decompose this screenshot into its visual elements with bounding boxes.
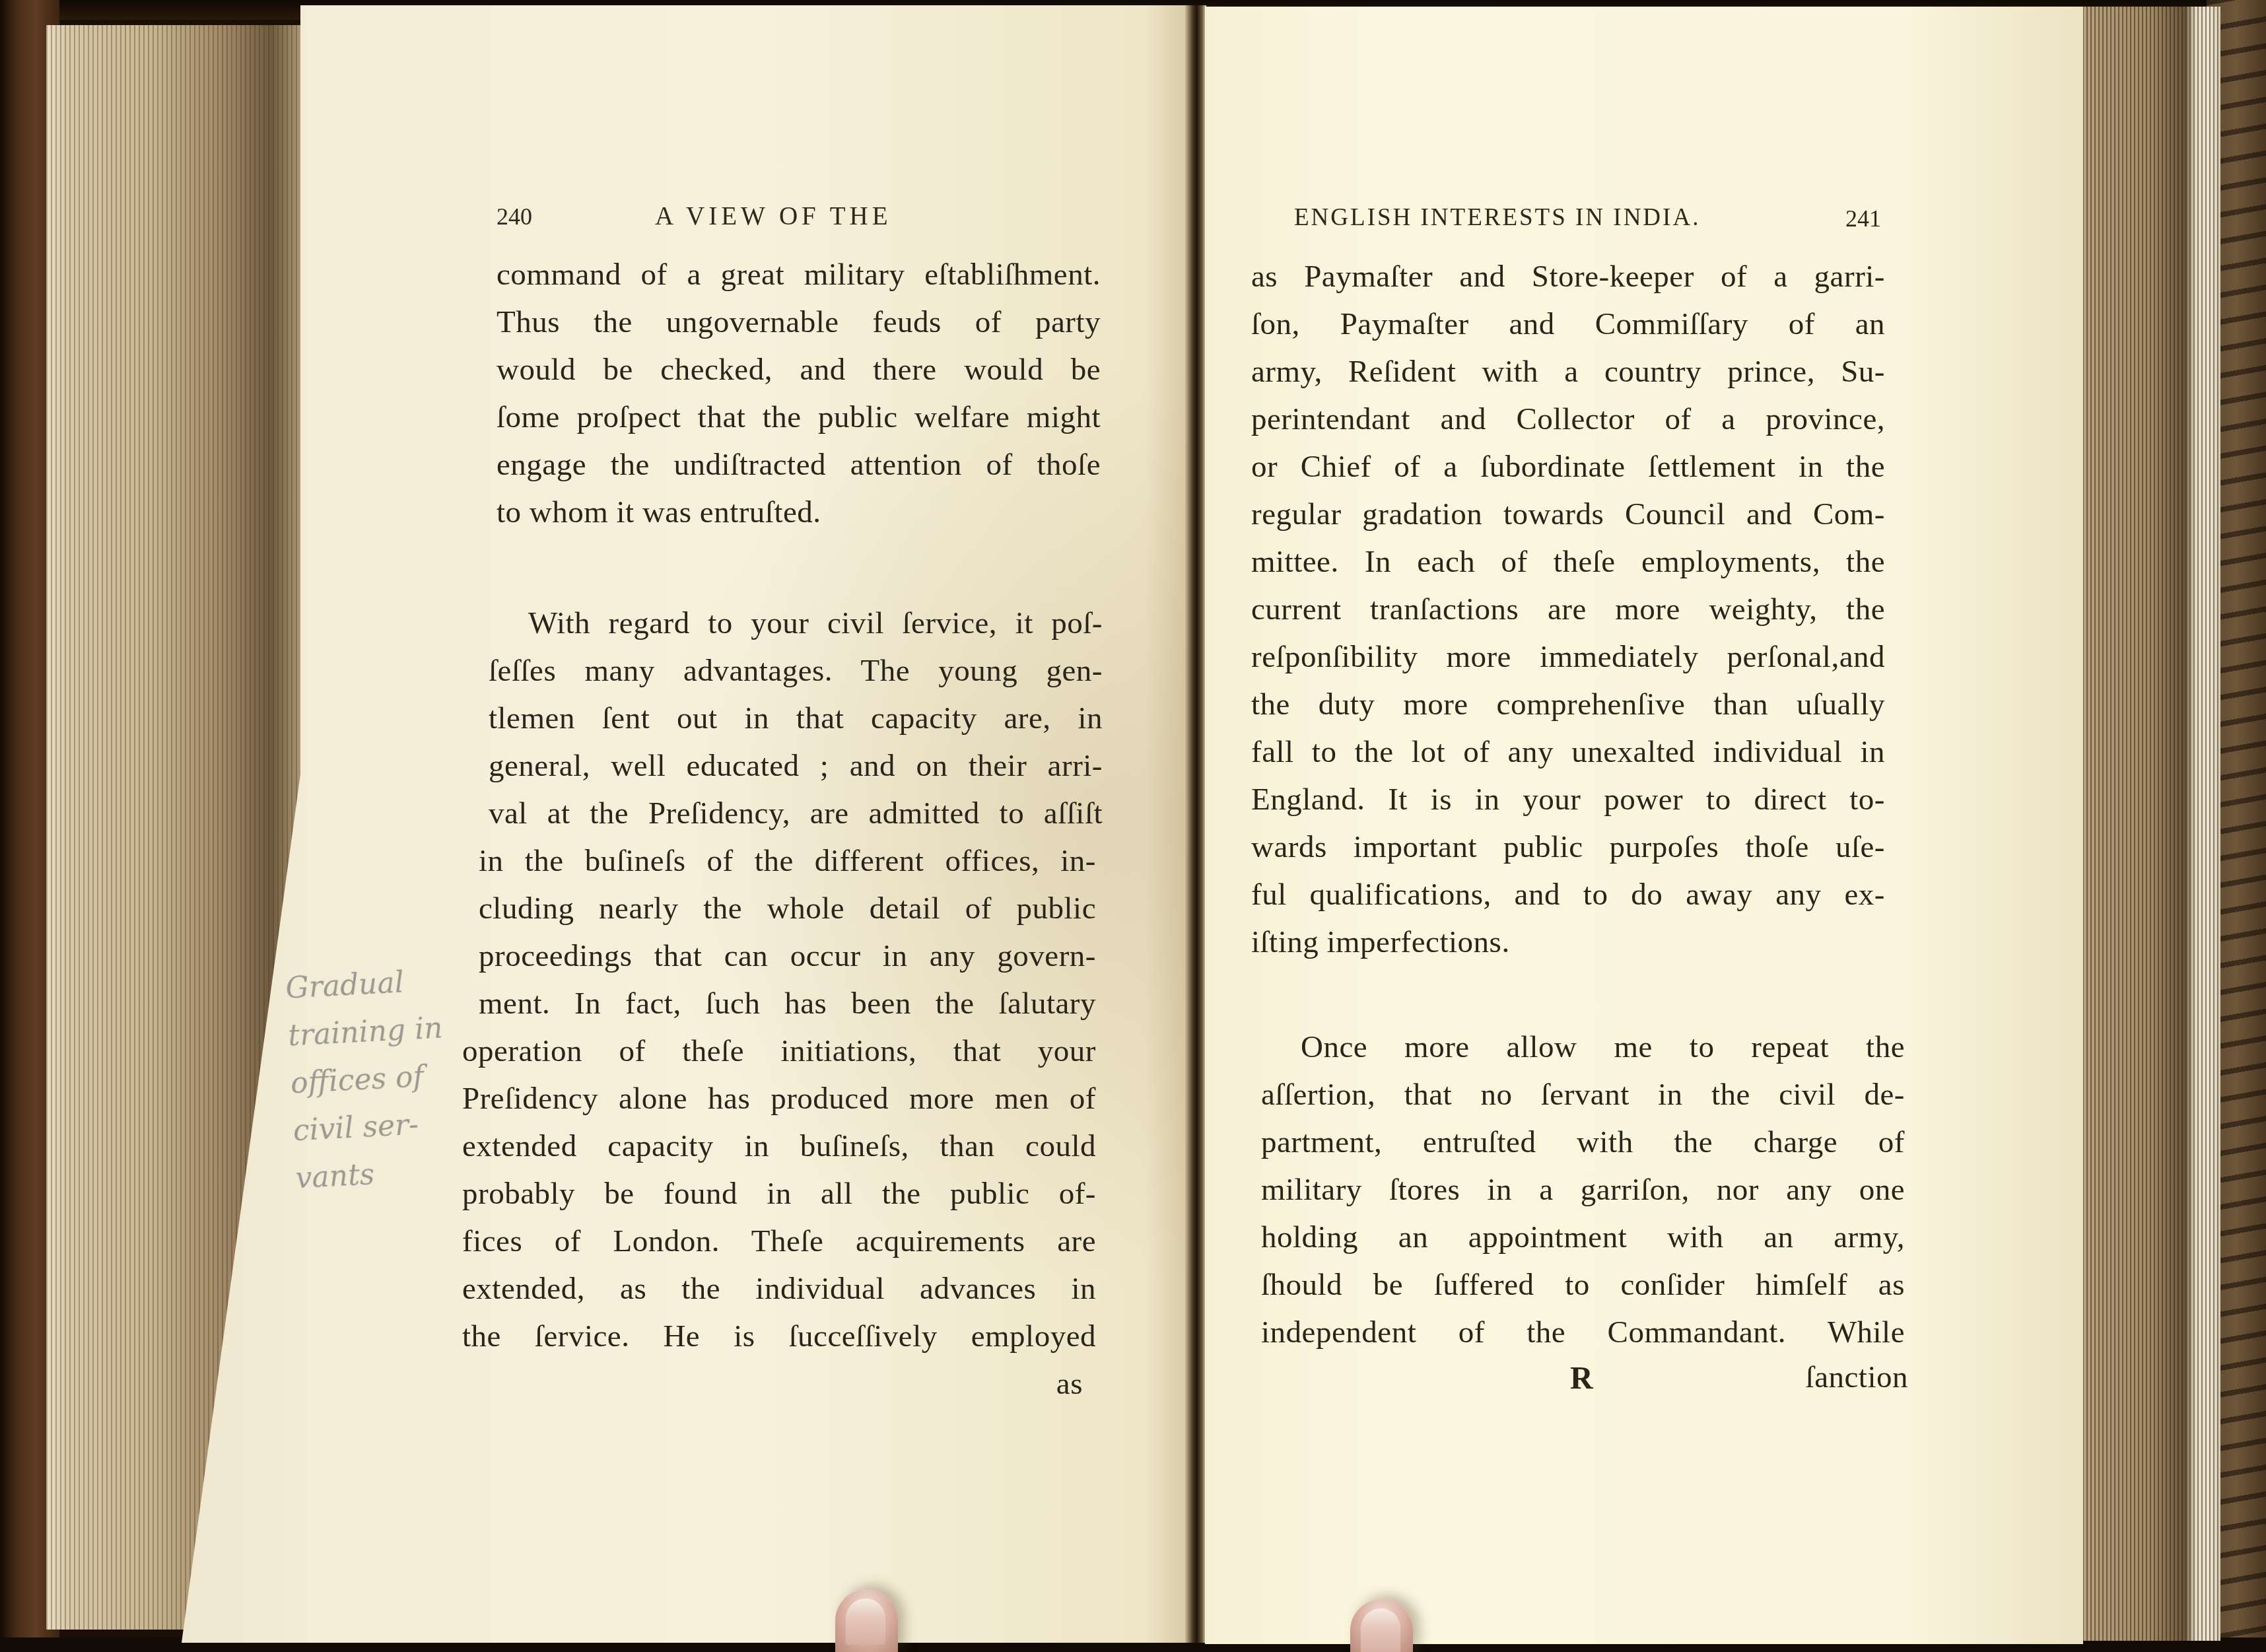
text-line: or Chief of a ſubordinate ſettlement in …	[1251, 443, 1885, 491]
text-line: Preſidency alone has produced more men o…	[462, 1075, 1096, 1122]
text-line: perintendant and Collector of a province…	[1251, 396, 1885, 443]
catchword-as: as	[1043, 1360, 1083, 1408]
left-paragraph-1: command of a great military eſtabliſhmen…	[497, 251, 1101, 536]
text-line: aſſertion, that no ſervant in the civil …	[1261, 1071, 1905, 1119]
text-line: regular gradation towards Council and Co…	[1251, 491, 1885, 538]
text-line: fices of London. Theſe acquirements are	[462, 1218, 1096, 1265]
text-line: independent of the Commandant. While	[1261, 1309, 1905, 1356]
page-number-241: 241	[1845, 205, 1881, 232]
text-line: With regard to your civil ſervice, it po…	[489, 600, 1103, 647]
text-line: val at the Preſidency, are admitted to a…	[489, 790, 1103, 837]
left-thumb	[835, 1589, 898, 1652]
right-page-stack	[2078, 7, 2220, 1641]
text-line: Once more allow me to repeat the	[1261, 1023, 1905, 1071]
catchword-sanction: ſanction	[1783, 1354, 1908, 1401]
text-line: ful qualifications, and to do away any e…	[1251, 871, 1885, 918]
text-line: to whom it was entruſted.	[497, 489, 1101, 536]
annotation-line: vants	[294, 1146, 462, 1202]
left-paragraph-2a: With regard to your civil ſervice, it po…	[489, 600, 1103, 837]
text-line: mittee. In each of theſe employments, th…	[1251, 538, 1885, 586]
text-line: as Paymaſter and Store-keeper of a garri…	[1251, 253, 1885, 300]
left-running-head: A VIEW OF THE	[655, 201, 892, 231]
text-line: cluding nearly the whole detail of publi…	[479, 885, 1096, 932]
text-line: the duty more comprehenſive than uſually	[1251, 681, 1885, 728]
text-line: current tranſactions are more weighty, t…	[1251, 586, 1885, 633]
text-line: extended, as the individual advances in	[462, 1265, 1096, 1313]
text-line: general, well educated ; and on their ar…	[489, 742, 1103, 790]
text-line: wards important public purpoſes thoſe uſ…	[1251, 823, 1885, 871]
text-line: iſting imperfections.	[1251, 918, 1885, 966]
left-page-number: 240	[497, 201, 532, 231]
text-line: army, Reſident with a country prince, Su…	[1251, 348, 1885, 396]
text-line: reſponſibility more immediately perſonal…	[1251, 633, 1885, 681]
text-line: operation of theſe initiations, that you…	[462, 1027, 1096, 1075]
right-catchword: ſanction	[1783, 1354, 1908, 1401]
text-line: holding an appointment with an army,	[1261, 1214, 1905, 1261]
text-line: ſeſſes many advantages. The young gen-	[489, 647, 1103, 695]
text-line: partment, entruſted with the charge of	[1261, 1119, 1905, 1166]
annotation-line: offices of	[289, 1052, 456, 1108]
annotation-line: Gradual	[285, 957, 452, 1013]
text-line: England. It is in your power to direct t…	[1251, 776, 1885, 823]
text-line: military ſtores in a garriſon, nor any o…	[1261, 1166, 1905, 1214]
page-number-240: 240	[497, 203, 532, 230]
left-paragraph-2c: operation of theſe initiations, that you…	[462, 1027, 1096, 1360]
annotation-line: training in	[287, 1004, 454, 1060]
right-paragraph-2: Once more allow me to repeat the aſſerti…	[1261, 1023, 1905, 1356]
text-line: engage the undiſtracted attention of tho…	[497, 441, 1101, 489]
signature-mark: R	[1570, 1360, 1593, 1396]
text-line: command of a great military eſtabliſhmen…	[497, 251, 1101, 298]
text-line: fall to the lot of any unexalted individ…	[1251, 728, 1885, 776]
text-line: ſhould be ſuffered to conſider himſelf a…	[1261, 1261, 1905, 1309]
text-line: would be checked, and there would be	[497, 346, 1101, 394]
left-paragraph-2b: in the buſineſs of the different offices…	[479, 837, 1096, 1027]
text-line: extended capacity in buſineſs, than coul…	[462, 1122, 1096, 1170]
text-line: the ſervice. He is ſucceſſively employed	[462, 1313, 1096, 1360]
text-line: in the buſineſs of the different offices…	[479, 837, 1096, 885]
right-paragraph-1: as Paymaſter and Store-keeper of a garri…	[1251, 253, 1885, 966]
left-catchword: as	[1043, 1360, 1083, 1408]
text-line: Thus the ungovernable feuds of party	[497, 298, 1101, 346]
right-running-head: ENGLISH INTERESTS IN INDIA.	[1294, 203, 1700, 232]
text-line: ſome proſpect that the public welfare mi…	[497, 394, 1101, 441]
text-line: tlemen ſent out in that capacity are, in	[489, 695, 1103, 742]
text-line: ſon, Paymaſter and Commiſſary of an	[1251, 300, 1885, 348]
text-line: probably be found in all the public of-	[462, 1170, 1096, 1218]
right-page-number: 241	[1845, 203, 1881, 233]
annotation-line: civil ser-	[292, 1099, 459, 1155]
text-line: ment. In fact, ſuch has been the ſalutar…	[479, 980, 1096, 1027]
text-line: proceedings that can occur in any govern…	[479, 932, 1096, 980]
book-gutter	[1185, 5, 1206, 1643]
margin-pencil-annotation: Gradual training in offices of civil ser…	[285, 957, 462, 1203]
